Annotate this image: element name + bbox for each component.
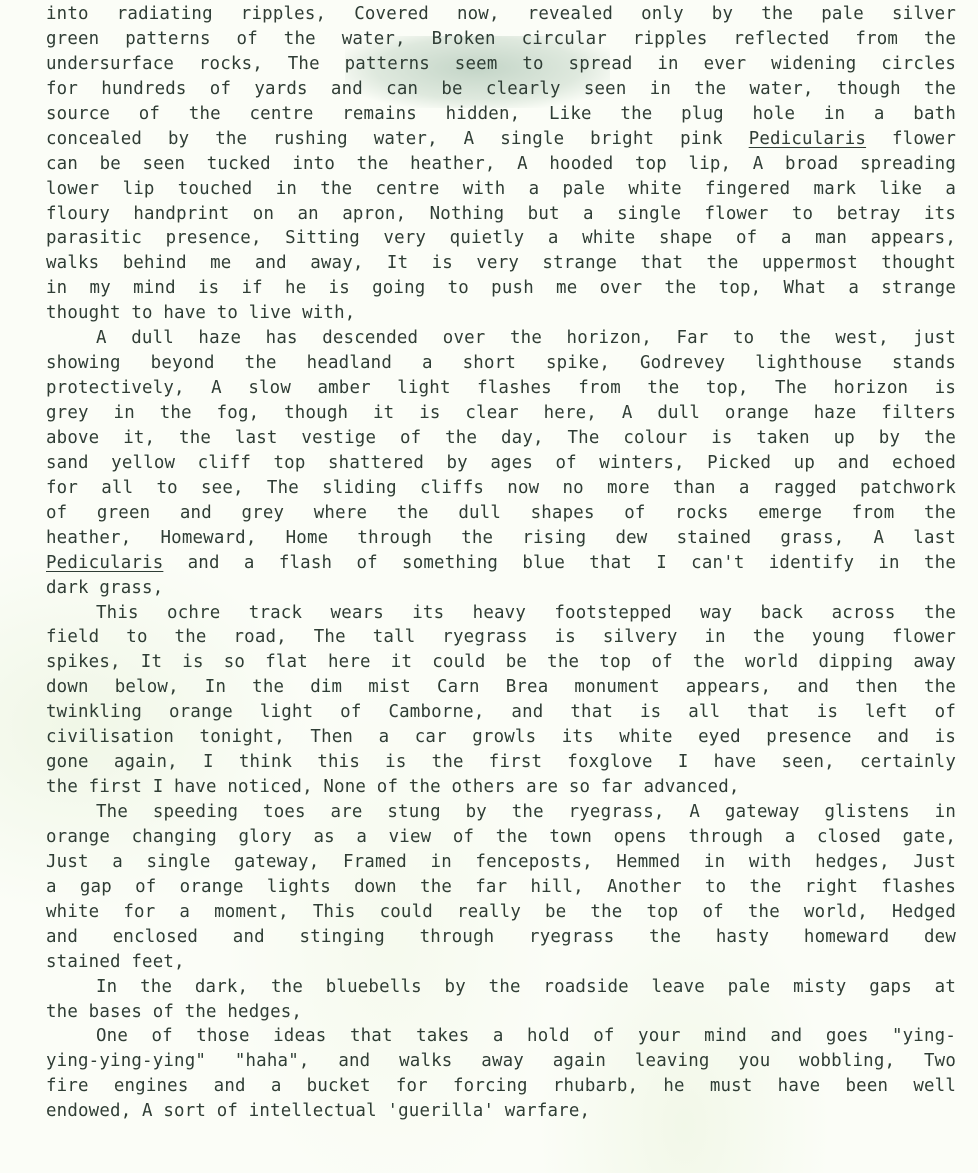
text-line: down below, In the dim mist Carn Brea mo… bbox=[46, 675, 956, 700]
text-line: parasitic presence, Sitting very quietly… bbox=[46, 226, 956, 251]
text-line: endowed, A sort of intellectual 'guerill… bbox=[46, 1099, 956, 1124]
text-line: lower lip touched in the centre with a p… bbox=[46, 177, 956, 202]
text-line: field to the road, The tall ryegrass is … bbox=[46, 625, 956, 650]
text-line: the first I have noticed, None of the ot… bbox=[46, 775, 956, 800]
underlined-species-name: Pedicularis bbox=[46, 553, 163, 573]
paragraph: The speeding toes are stung by the ryegr… bbox=[46, 800, 956, 975]
text-line: dark grass, bbox=[46, 576, 956, 601]
text-line: above it, the last vestige of the day, T… bbox=[46, 426, 956, 451]
text-line: concealed by the rushing water, A single… bbox=[46, 127, 956, 152]
text-line: This ochre track wears its heavy footste… bbox=[46, 601, 956, 626]
text-line: white for a moment, This could really be… bbox=[46, 900, 956, 925]
text-line: Just a single gateway, Framed in fencepo… bbox=[46, 850, 956, 875]
text-line: civilisation tonight, Then a car growls … bbox=[46, 725, 956, 750]
text-line: for all to see, The sliding cliffs now n… bbox=[46, 476, 956, 501]
text-line: A dull haze has descended over the horiz… bbox=[46, 326, 956, 351]
text-line: The speeding toes are stung by the ryegr… bbox=[46, 800, 956, 825]
text-line: heather, Homeward, Home through the risi… bbox=[46, 526, 956, 551]
text-line: spikes, It is so flat here it could be t… bbox=[46, 650, 956, 675]
text-line: sand yellow cliff top shattered by ages … bbox=[46, 451, 956, 476]
text-line: for hundreds of yards and can be clearly… bbox=[46, 77, 956, 102]
text-line: into radiating ripples, Covered now, rev… bbox=[46, 2, 956, 27]
text-line: a gap of orange lights down the far hill… bbox=[46, 875, 956, 900]
text-line: in my mind is if he is going to push me … bbox=[46, 276, 956, 301]
text-line: protectively, A slow amber light flashes… bbox=[46, 376, 956, 401]
text-line: twinkling orange light of Camborne, and … bbox=[46, 700, 956, 725]
text-line: In the dark, the bluebells by the roadsi… bbox=[46, 975, 956, 1000]
paragraph: One of those ideas that takes a hold of … bbox=[46, 1024, 956, 1124]
text-line: fire engines and a bucket for forcing rh… bbox=[46, 1074, 956, 1099]
paragraph: A dull haze has descended over the horiz… bbox=[46, 326, 956, 600]
text-line: source of the centre remains hidden, Lik… bbox=[46, 102, 956, 127]
text-line: stained feet, bbox=[46, 950, 956, 975]
text-line: the bases of the hedges, bbox=[46, 1000, 956, 1025]
paragraph: This ochre track wears its heavy footste… bbox=[46, 601, 956, 801]
typed-page: into radiating ripples, Covered now, rev… bbox=[46, 2, 956, 1124]
text-line: Pedicularis and a flash of something blu… bbox=[46, 551, 956, 576]
text-line: One of those ideas that takes a hold of … bbox=[46, 1024, 956, 1049]
text-line: floury handprint on an apron, Nothing bu… bbox=[46, 202, 956, 227]
text-line: of green and grey where the dull shapes … bbox=[46, 501, 956, 526]
paragraph: In the dark, the bluebells by the roadsi… bbox=[46, 975, 956, 1025]
text-line: walks behind me and away, It is very str… bbox=[46, 251, 956, 276]
text-line: gone again, I think this is the first fo… bbox=[46, 750, 956, 775]
text-line: undersurface rocks, The patterns seem to… bbox=[46, 52, 956, 77]
text-line: showing beyond the headland a short spik… bbox=[46, 351, 956, 376]
text-line: green patterns of the water, Broken circ… bbox=[46, 27, 956, 52]
text-line: ying-ying-ying" "haha", and walks away a… bbox=[46, 1049, 956, 1074]
text-line: thought to have to live with, bbox=[46, 301, 956, 326]
text-line: grey in the fog, though it is clear here… bbox=[46, 401, 956, 426]
text-line: and enclosed and stinging through ryegra… bbox=[46, 925, 956, 950]
text-line: orange changing glory as a view of the t… bbox=[46, 825, 956, 850]
text-line: can be seen tucked into the heather, A h… bbox=[46, 152, 956, 177]
paragraph: into radiating ripples, Covered now, rev… bbox=[46, 2, 956, 326]
underlined-species-name: Pedicularis bbox=[749, 129, 866, 149]
